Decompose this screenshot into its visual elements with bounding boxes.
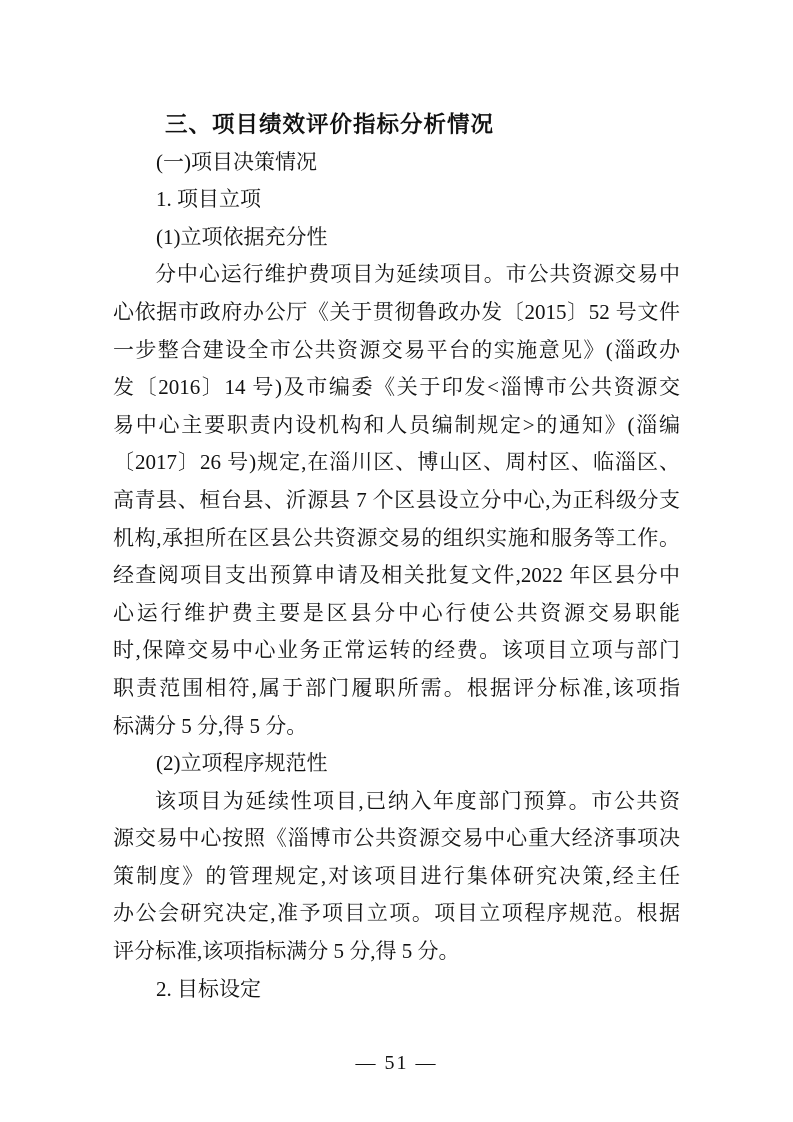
body-line: 策制度》的管理规定,对该项目进行集体研究决策,经主任 bbox=[113, 858, 680, 896]
body-line: 一步整合建设全市公共资源交易平台的实施意见》(淄政办 bbox=[113, 332, 680, 370]
body-line: 评分标准,该项指标满分 5 分,得 5 分。 bbox=[113, 933, 680, 971]
body-line: 办公会研究决定,准予项目立项。项目立项程序规范。根据 bbox=[113, 895, 680, 933]
body-line: 时,保障交易中心业务正常运转的经费。该项目立项与部门 bbox=[113, 632, 680, 670]
body-line: 〔2017〕26 号)规定,在淄川区、博山区、周村区、临淄区、 bbox=[113, 444, 680, 482]
subsection-heading: (一)项目决策情况 bbox=[113, 144, 680, 182]
item-heading: 1. 项目立项 bbox=[113, 181, 680, 219]
body-line: 心依据市政府办公厅《关于贯彻鲁政办发〔2015〕52 号文件进 bbox=[113, 294, 680, 332]
section-heading: 三、项目绩效评价指标分析情况 bbox=[113, 106, 680, 144]
page-number: — 51 — bbox=[0, 1044, 793, 1082]
document-page: 三、项目绩效评价指标分析情况(一)项目决策情况1. 项目立项(1)立项依据充分性… bbox=[0, 0, 793, 1122]
body-line: 分中心运行维护费项目为延续项目。市公共资源交易中 bbox=[113, 256, 680, 294]
body-line: 经查阅项目支出预算申请及相关批复文件,2022 年区县分中 bbox=[113, 557, 680, 595]
body-line: 职责范围相符,属于部门履职所需。根据评分标准,该项指 bbox=[113, 670, 680, 708]
body-line: 该项目为延续性项目,已纳入年度部门预算。市公共资 bbox=[113, 783, 680, 821]
document-lines: 三、项目绩效评价指标分析情况(一)项目决策情况1. 项目立项(1)立项依据充分性… bbox=[113, 106, 680, 1008]
body-line: 高青县、桓台县、沂源县 7 个区县设立分中心,为正科级分支 bbox=[113, 482, 680, 520]
item-heading: 2. 目标设定 bbox=[113, 971, 680, 1009]
body-line: 源交易中心按照《淄博市公共资源交易中心重大经济事项决 bbox=[113, 820, 680, 858]
body-line: 发〔2016〕14 号)及市编委《关于印发<淄博市公共资源交 bbox=[113, 369, 680, 407]
body-line: 标满分 5 分,得 5 分。 bbox=[113, 708, 680, 746]
body-line: 机构,承担所在区县公共资源交易的组织实施和服务等工作。 bbox=[113, 520, 680, 558]
item-heading: (1)立项依据充分性 bbox=[113, 219, 680, 257]
body-line: 易中心主要职责内设机构和人员编制规定>的通知》(淄编 bbox=[113, 407, 680, 445]
body-line: 心运行维护费主要是区县分中心行使公共资源交易职能 bbox=[113, 595, 680, 633]
item-heading: (2)立项程序规范性 bbox=[113, 745, 680, 783]
